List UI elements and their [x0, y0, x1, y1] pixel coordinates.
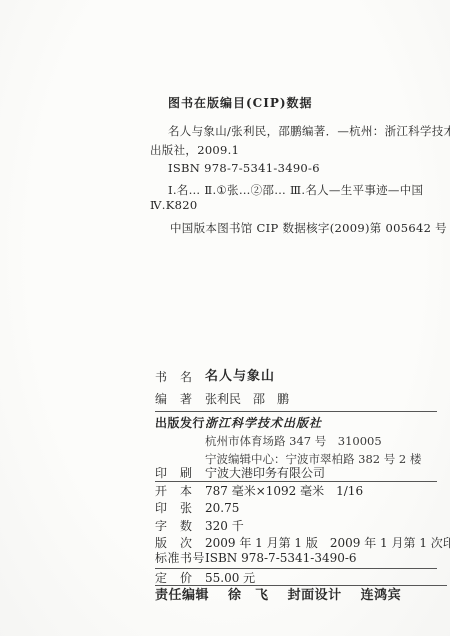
row-price: 定 价 55.00 元 [155, 570, 437, 586]
row-publisher: 出版发行 浙江科学技术出版社 [155, 415, 437, 431]
row-isbn: 标准书号 ISBN 978-7-5341-3490-6 [155, 550, 437, 566]
row-format: 开 本 787 毫米×1092 毫米 1/16 [155, 483, 437, 499]
cip-class-number: Ⅳ.K820 [150, 198, 198, 213]
sheets-label: 印 张 [155, 500, 205, 516]
edition-label: 版 次 [155, 535, 205, 551]
book-title-label: 书 名 [155, 369, 205, 385]
book-title-value: 名人与象山 [205, 369, 437, 385]
printer-value: 宁波大港印务有限公司 [205, 465, 437, 481]
row-edition: 版 次 2009 年 1 月第 1 版 2009 年 1 月第 1 次印刷 [155, 535, 437, 551]
publisher-value: 浙江科学技术出版社 [205, 415, 437, 431]
publisher-label: 出版发行 [155, 415, 205, 431]
row-book-title: 书 名 名人与象山 [155, 369, 437, 385]
divider-rule-1 [155, 411, 437, 412]
wordcount-label: 字 数 [155, 518, 205, 534]
cover-designer-name: 连鸿宾 [361, 588, 402, 604]
wordcount-value: 320 千 [205, 518, 437, 534]
cip-heading: 图书在版编目(CIP)数据 [168, 96, 313, 111]
row-word-count: 字 数 320 千 [155, 518, 437, 534]
printer-label: 印 刷 [155, 465, 205, 481]
cip-classification-line: Ⅰ.名… Ⅱ.①张…②邵… Ⅲ.名人—生平事迹—中国 [168, 183, 423, 198]
price-value: 55.00 元 [205, 570, 437, 586]
format-label: 开 本 [155, 483, 205, 499]
cip-record-number: 中国版本图书馆 CIP 数据核字(2009)第 005642 号 [170, 221, 447, 236]
format-value: 787 毫米×1092 毫米 1/16 [205, 483, 437, 499]
divider-rule-3 [155, 568, 437, 569]
cover-designer-label: 封面设计 [288, 588, 342, 604]
publisher-address-1: 杭州市体育场路 347 号 310005 [205, 433, 382, 449]
isbn-value: ISBN 978-7-5341-3490-6 [205, 550, 437, 566]
cip-isbn-line: ISBN 978-7-5341-3490-6 [168, 161, 320, 176]
copyright-page: 图书在版编目(CIP)数据 名人与象山/张利民，邵鹏编著．—杭州：浙江科学技术 … [0, 0, 450, 636]
row-authors: 编 著 张利民 邵 鹏 [155, 391, 437, 407]
cip-entry-line-1: 名人与象山/张利民，邵鹏编著．—杭州：浙江科学技术 [168, 124, 450, 139]
responsible-editor-name: 徐 飞 [228, 588, 269, 604]
edition-value: 2009 年 1 月第 1 版 2009 年 1 月第 1 次印刷 [205, 535, 450, 551]
credits-line: 责任编辑 徐 飞 封面设计 连鸿宾 [155, 588, 401, 604]
authors-label: 编 著 [155, 391, 205, 407]
cip-entry-line-2: 出版社，2009.1 [150, 143, 239, 158]
responsible-editor-label: 责任编辑 [155, 588, 209, 604]
sheets-value: 20.75 [205, 500, 437, 516]
row-printed-sheets: 印 张 20.75 [155, 500, 437, 516]
isbn-label: 标准书号 [155, 550, 205, 566]
authors-value: 张利民 邵 鹏 [205, 391, 437, 407]
divider-rule-2 [155, 481, 437, 482]
row-printer: 印 刷 宁波大港印务有限公司 [155, 465, 437, 481]
divider-rule-4 [155, 585, 447, 586]
price-label: 定 价 [155, 570, 205, 586]
